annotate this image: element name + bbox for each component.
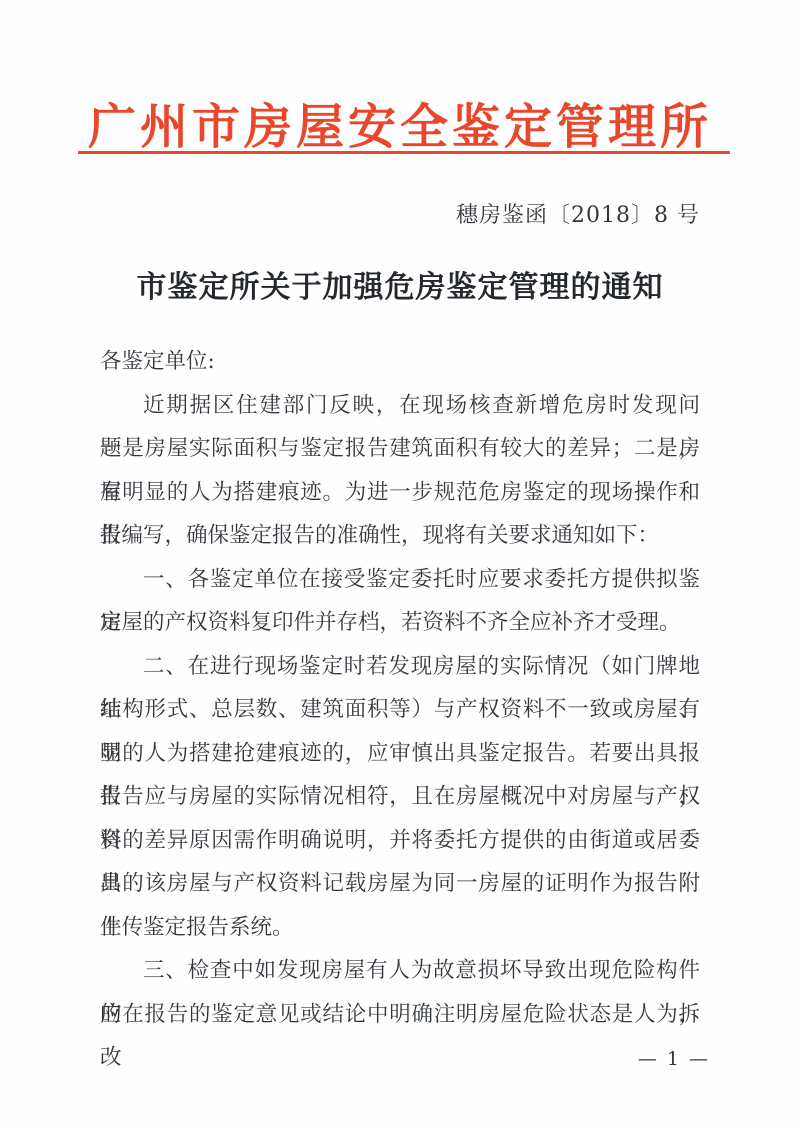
body-line: 结构形式、总层数、建筑面积等）与产权资料不一致或房屋有明: [100, 688, 700, 732]
body-line: 上传鉴定报告系统。: [100, 906, 700, 950]
body-line: 一是房屋实际面积与鉴定报告建筑面积有较大的差异；二是房屋: [100, 427, 700, 471]
body-line: 告编写，确保鉴定报告的准确性，现将有关要求通知如下：: [100, 514, 700, 558]
body-text: 各鉴定单位:近期据区住建部门反映，在现场核查新增危房时发现问题，一是房屋实际面积…: [100, 340, 700, 1036]
body-line: 具的该房屋与产权资料记载房屋为同一房屋的证明作为报告附件: [100, 862, 700, 906]
letterhead-red-divider: [78, 151, 730, 154]
body-line: 房屋的产权资料复印件并存档，若资料不齐全应补齐才受理。: [100, 601, 700, 645]
body-line: 一、各鉴定单位在接受鉴定委托时应要求委托方提供拟鉴定: [100, 558, 700, 602]
body-line: 显的人为搭建抢建痕迹的，应审慎出具鉴定报告。若要出具报告，: [100, 732, 700, 776]
page-number: — 1 —: [100, 1048, 710, 1070]
letterhead-org-name: 广州市房屋安全鉴定管理所: [0, 88, 800, 157]
body-line: 三、检查中如发现房屋有人为故意损坏导致出现危险构件的，: [100, 949, 700, 993]
body-line: 二、在进行现场鉴定时若发现房屋的实际情况（如门牌地址、: [100, 645, 700, 689]
body-line: 应在报告的鉴定意见或结论中明确注明房屋危险状态是人为拆改: [100, 993, 700, 1037]
body-line: 料的差异原因需作明确说明，并将委托方提供的由街道或居委出: [100, 819, 700, 863]
body-line: 报告应与房屋的实际情况相符，且在房屋概况中对房屋与产权资: [100, 775, 700, 819]
document-title: 市鉴定所关于加强危房鉴定管理的通知: [0, 262, 800, 306]
body-line: 各鉴定单位:: [100, 340, 700, 384]
body-line: 有明显的人为搭建痕迹。为进一步规范危房鉴定的现场操作和报: [100, 471, 700, 515]
document-page: 广州市房屋安全鉴定管理所 穗房鉴函〔2018〕8 号 市鉴定所关于加强危房鉴定管…: [0, 0, 800, 1131]
document-number: 穗房鉴函〔2018〕8 号: [100, 198, 700, 229]
body-line: 近期据区住建部门反映，在现场核查新增危房时发现问题，: [100, 384, 700, 428]
